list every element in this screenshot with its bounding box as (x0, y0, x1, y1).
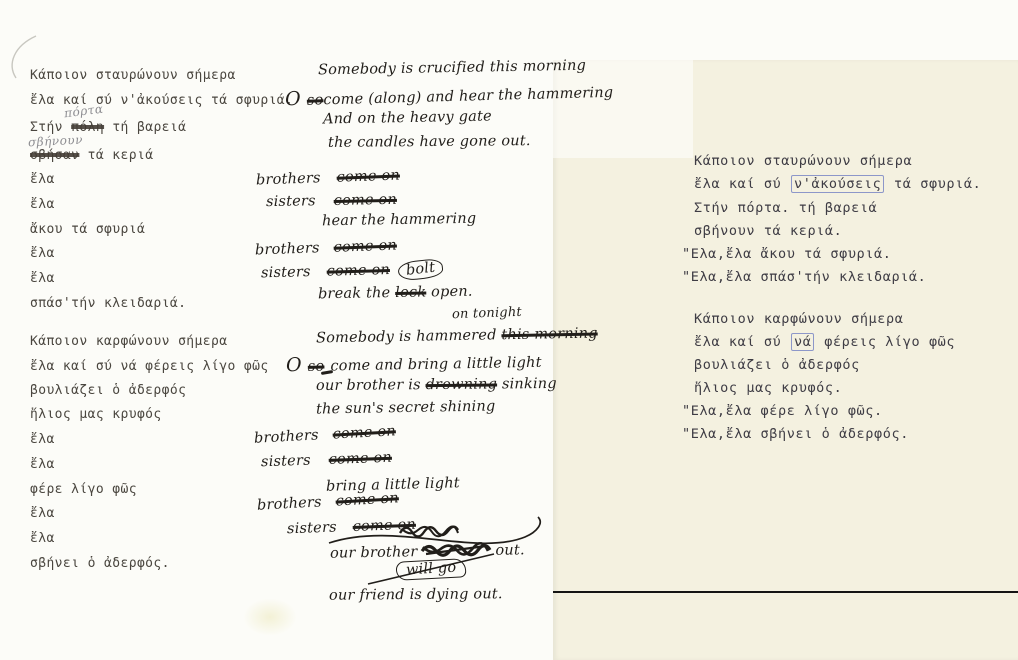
struck-word: so (307, 92, 324, 108)
struck-word: lock (395, 284, 426, 301)
line-text: ἔλα καί σύ (694, 334, 781, 350)
line-text: ἔλα καί σύ (694, 176, 781, 192)
typed-greek-line: σβήνει ὁ ἀδερφός. (30, 556, 170, 571)
struck-word: drowning (425, 376, 497, 393)
scanned-manuscript: Κάποιον σταυρώνουν σήμερα ἔλα καί σύ ν'ἀ… (0, 0, 1018, 660)
typed-greek-line: ἔλα καί σύ νά φέρεις λίγο φῶς (694, 334, 955, 350)
struck-phrase: come on (326, 262, 390, 280)
typed-greek-line: σπάσ'τήν κλειδαριά. (30, 296, 186, 311)
circled-phrase-will-go: will go (396, 558, 467, 581)
typed-greek-line: Κάποιον καρφώνουν σήμερα (694, 311, 903, 327)
refrain-word: brothers (257, 494, 322, 513)
typed-greek-line: βουλιάζει ὁ ἀδερφός (694, 357, 860, 373)
handwritten-refrain-line: sisterscome on (261, 450, 392, 471)
struck-phrase: come on (336, 167, 400, 185)
inserted-phrase: on tonight (452, 305, 522, 322)
line-text: come and bring a little light (330, 355, 542, 375)
typed-greek-line: ἔλα καί σύ ν'ἀκούσεις τά σφυριά. (694, 176, 981, 192)
line-text: break the (318, 285, 391, 302)
right-page-light-patch (553, 60, 693, 158)
typed-greek-line: ἄκου τά σφυριά (30, 222, 145, 237)
refrain-word: sisters (261, 264, 311, 281)
letter-o: O (286, 354, 302, 376)
typed-greek-line: ἔλα (30, 271, 55, 286)
typed-greek-line: "Ελα,ἔλα ἄκου τά σφυριά. (682, 246, 891, 262)
typed-greek-line: Κάποιον σταυρώνουν σήμερα (30, 68, 236, 83)
handwritten-refrain-line: brotherscome on (254, 423, 397, 446)
handwritten-line: Somebody is crucified this morning (318, 58, 586, 79)
struck-phrase: come on (335, 490, 399, 509)
handwritten-line: our brother is drowning sinking (316, 376, 557, 394)
typed-greek-line: "Ελα,ἔλα σπάσ'τήν κλειδαριά. (682, 269, 926, 285)
handwritten-refrain-line: sisterscome onbolt (261, 260, 444, 284)
handwritten-refrain-line: brotherscome on (257, 490, 400, 513)
typed-greek-line: ἔλα (30, 172, 55, 187)
line-text: our brother is (316, 377, 421, 394)
typed-greek-line: "Ελα,ἔλα σβήνει ὁ ἀδερφός. (682, 426, 909, 442)
refrain-word: brothers (254, 427, 319, 446)
line-text: τά σφυριά. (894, 176, 981, 192)
line-text: sinking (502, 376, 557, 392)
typed-greek-line: σβήσαν τά κεριά (30, 148, 153, 163)
handwritten-refrain-line: brotherscome on (256, 167, 400, 188)
line-text: τή βαρειά (112, 120, 186, 135)
line-text: open. (431, 284, 473, 301)
handwritten-line: our friend is dying out. (329, 586, 503, 604)
typed-greek-line: φέρε λίγο φῶς (30, 482, 137, 497)
letter-o: O (285, 88, 301, 110)
struck-phrase: this morning (501, 326, 598, 344)
paper-stain (243, 598, 297, 636)
circled-word-bolt: bolt (397, 258, 444, 282)
struck-phrase: come on (328, 450, 392, 468)
refrain-word: brothers (255, 240, 320, 258)
typed-greek-line: ἔλα καί σύ νά φέρεις λίγο φῶς (30, 359, 269, 374)
typed-greek-line: ἔλα (30, 531, 55, 546)
typed-greek-line: ἔλα (30, 457, 55, 472)
handwritten-line: And on the heavy gate (323, 109, 492, 128)
typed-greek-line: βουλιάζει ὁ ἀδερφός (30, 383, 186, 398)
typed-greek-line: ἥλιος μας κρυφός (30, 407, 162, 422)
struck-phrase: come on (334, 192, 398, 209)
typed-greek-line: ἔλα (30, 432, 55, 447)
blue-boxed-word: ν'ἀκούσεις (791, 175, 884, 193)
typed-greek-line: σβήνουν τά κεριά. (694, 223, 842, 239)
horizontal-rule (553, 591, 1018, 593)
typed-greek-line: ἥλιος μας κρυφός. (694, 380, 842, 396)
handwritten-refrain-line: brotherscome on (255, 238, 397, 259)
struck-phrase: come on (332, 423, 396, 442)
typed-greek-line: Κάποιον σταυρώνουν σήμερα (694, 153, 912, 169)
handwritten-refrain-line: sisterscome on (266, 192, 397, 210)
refrain-word: sisters (261, 453, 311, 471)
line-text: φέρεις λίγο φῶς (824, 334, 955, 350)
handwritten-line: the sun's secret shining (316, 398, 496, 417)
pencil-correction: σβήνουν (28, 133, 84, 150)
struck-phrase: come on (333, 238, 397, 256)
struck-word: σβήσαν (30, 148, 79, 163)
willgo-annotation: will go (396, 558, 467, 581)
typed-greek-line: ἔλα (30, 246, 55, 261)
blue-boxed-word: νά (791, 333, 814, 351)
typed-greek-line: ἔλα (30, 197, 55, 212)
line-text: out. (495, 542, 525, 559)
handwritten-line: the candles have gone out. (328, 133, 531, 151)
handwritten-line: hear the hammering (322, 211, 477, 230)
line-text: τά κεριά (88, 148, 154, 163)
line-text: Somebody is hammered (316, 327, 497, 346)
refrain-word: sisters (266, 193, 316, 210)
typed-greek-line: Στήν πόρτα. τή βαρειά (694, 200, 877, 216)
typed-greek-line: Κάποιον καρφώνουν σήμερα (30, 334, 227, 349)
line-text: Στήν (30, 120, 63, 135)
typed-greek-line: Στήν πόλη τή βαρειά (30, 120, 186, 135)
typed-greek-line: ἔλα (30, 506, 55, 521)
handwritten-line: break the lock open. (318, 284, 473, 303)
refrain-word: brothers (256, 170, 321, 188)
typed-greek-line: "Ελα,ἔλα φέρε λίγο φῶς. (682, 403, 883, 419)
